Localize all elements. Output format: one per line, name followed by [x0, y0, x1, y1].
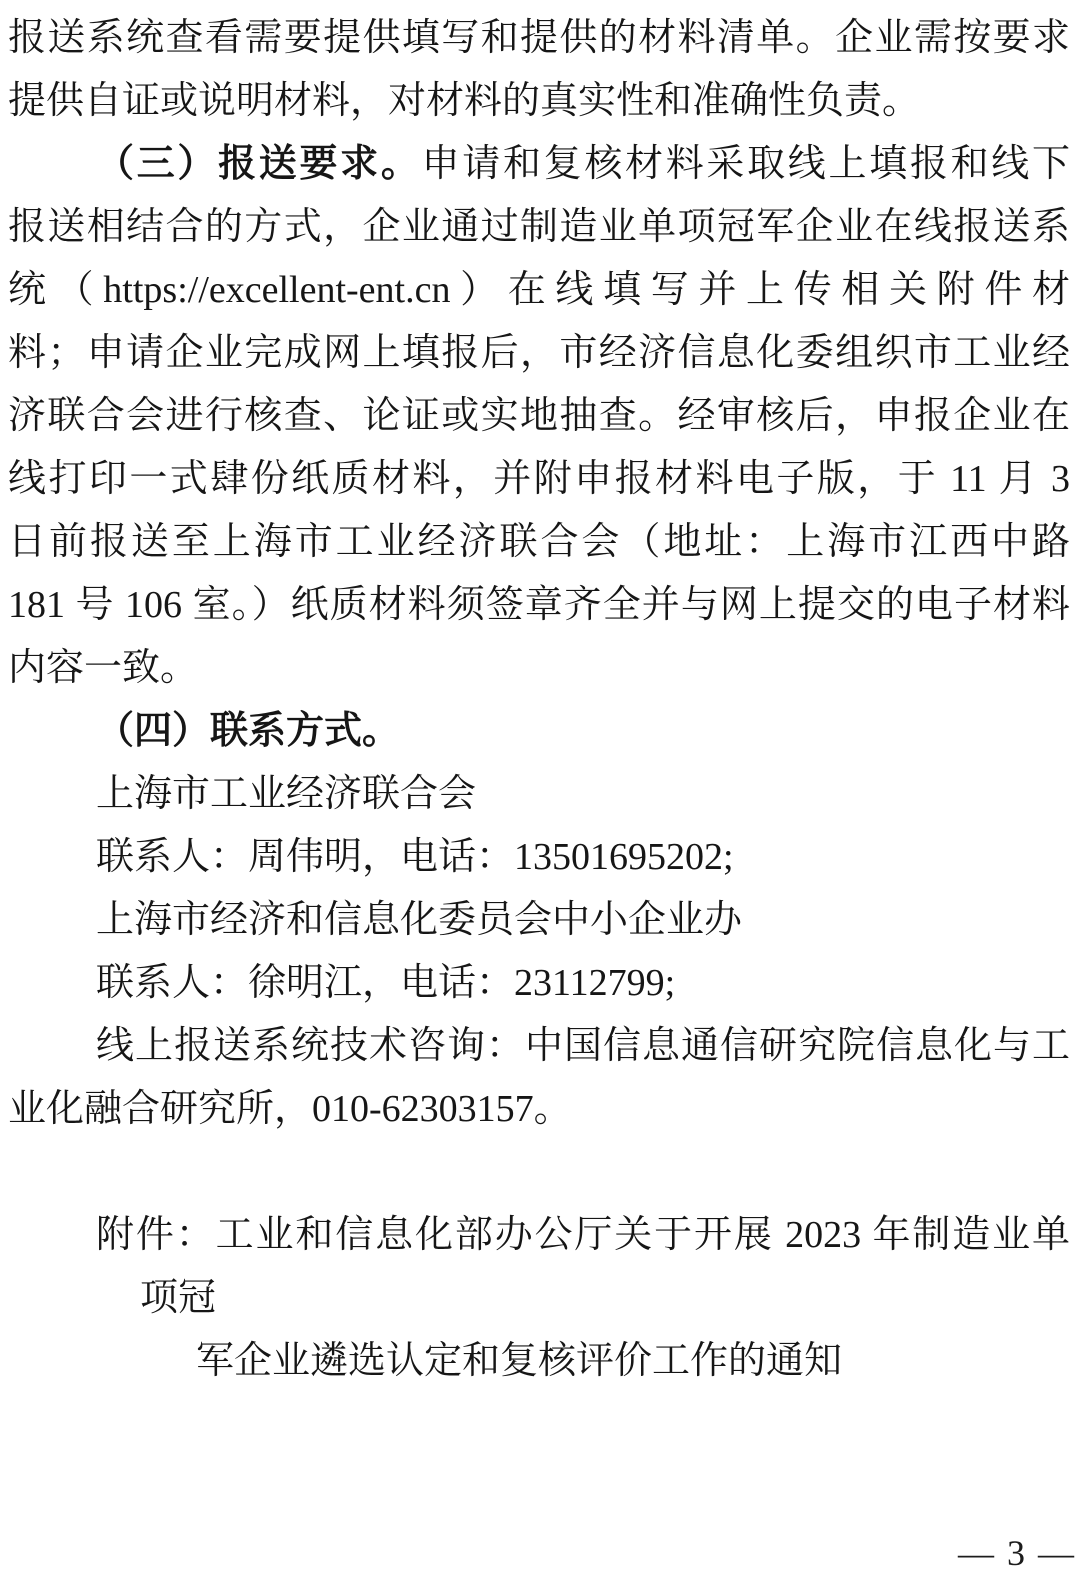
section-4-heading: （四）联系方式。: [96, 710, 400, 752]
body-line-2: 提供自证或说明材料，对材料的真实性和准确性负责。: [8, 70, 1070, 133]
contact-org-2: 上海市经济和信息化委员会中小企业办: [8, 889, 1070, 952]
attachment-line-3: 军企业遴选认定和复核评价工作的通知: [8, 1330, 1070, 1393]
document-page: 报送系统查看需要提供填写和提供的材料清单。企业需按要求 提供自证或说明材料，对材…: [0, 0, 1080, 1578]
tech-support-line-1: 线上报送系统技术咨询：中国信息通信研究院信息化与工: [8, 1015, 1070, 1078]
contact-person-1: 联系人：周伟明，电话：13501695202;: [8, 826, 1070, 889]
page-number: — 3 —: [958, 1532, 1076, 1574]
body-line-8: 线打印一式肆份纸质材料，并附申报材料电子版，于 11 月 3: [8, 448, 1070, 511]
blank-line: [8, 1141, 1070, 1204]
document-body: 报送系统查看需要提供填写和提供的材料清单。企业需按要求 提供自证或说明材料，对材…: [8, 7, 1070, 1393]
body-line-6: 料；申请企业完成网上填报后，市经济信息化委组织市工业经: [8, 322, 1070, 385]
body-line-12: （四）联系方式。: [8, 700, 1070, 763]
tech-support-line-2: 业化融合研究所，010-62303157。: [8, 1078, 1070, 1141]
attachment-line-2: 项冠: [8, 1267, 1070, 1330]
attachment-line-1: 附件：工业和信息化部办公厅关于开展 2023 年制造业单: [8, 1204, 1070, 1267]
body-line-5: 统（https://excellent-ent.cn）在线填写并上传相关附件材: [8, 259, 1070, 322]
body-line-3: （三）报送要求。申请和复核材料采取线上填报和线下: [8, 133, 1070, 196]
body-line-4: 报送相结合的方式，企业通过制造业单项冠军企业在线报送系: [8, 196, 1070, 259]
section-3-lead-text: 申请和复核材料采取线上填报和线下: [422, 143, 1070, 185]
body-line-7: 济联合会进行核查、论证或实地抽查。经审核后，申报企业在: [8, 385, 1070, 448]
body-line-10: 181 号 106 室。）纸质材料须签章齐全并与网上提交的电子材料: [8, 574, 1070, 637]
body-line-9: 日前报送至上海市工业经济联合会（地址：上海市江西中路: [8, 511, 1070, 574]
body-line-1: 报送系统查看需要提供填写和提供的材料清单。企业需按要求: [8, 7, 1070, 70]
body-line-11: 内容一致。: [8, 637, 1070, 700]
section-3-heading: （三）报送要求。: [96, 143, 422, 185]
contact-org-1: 上海市工业经济联合会: [8, 763, 1070, 826]
contact-person-2: 联系人：徐明江，电话：23112799;: [8, 952, 1070, 1015]
